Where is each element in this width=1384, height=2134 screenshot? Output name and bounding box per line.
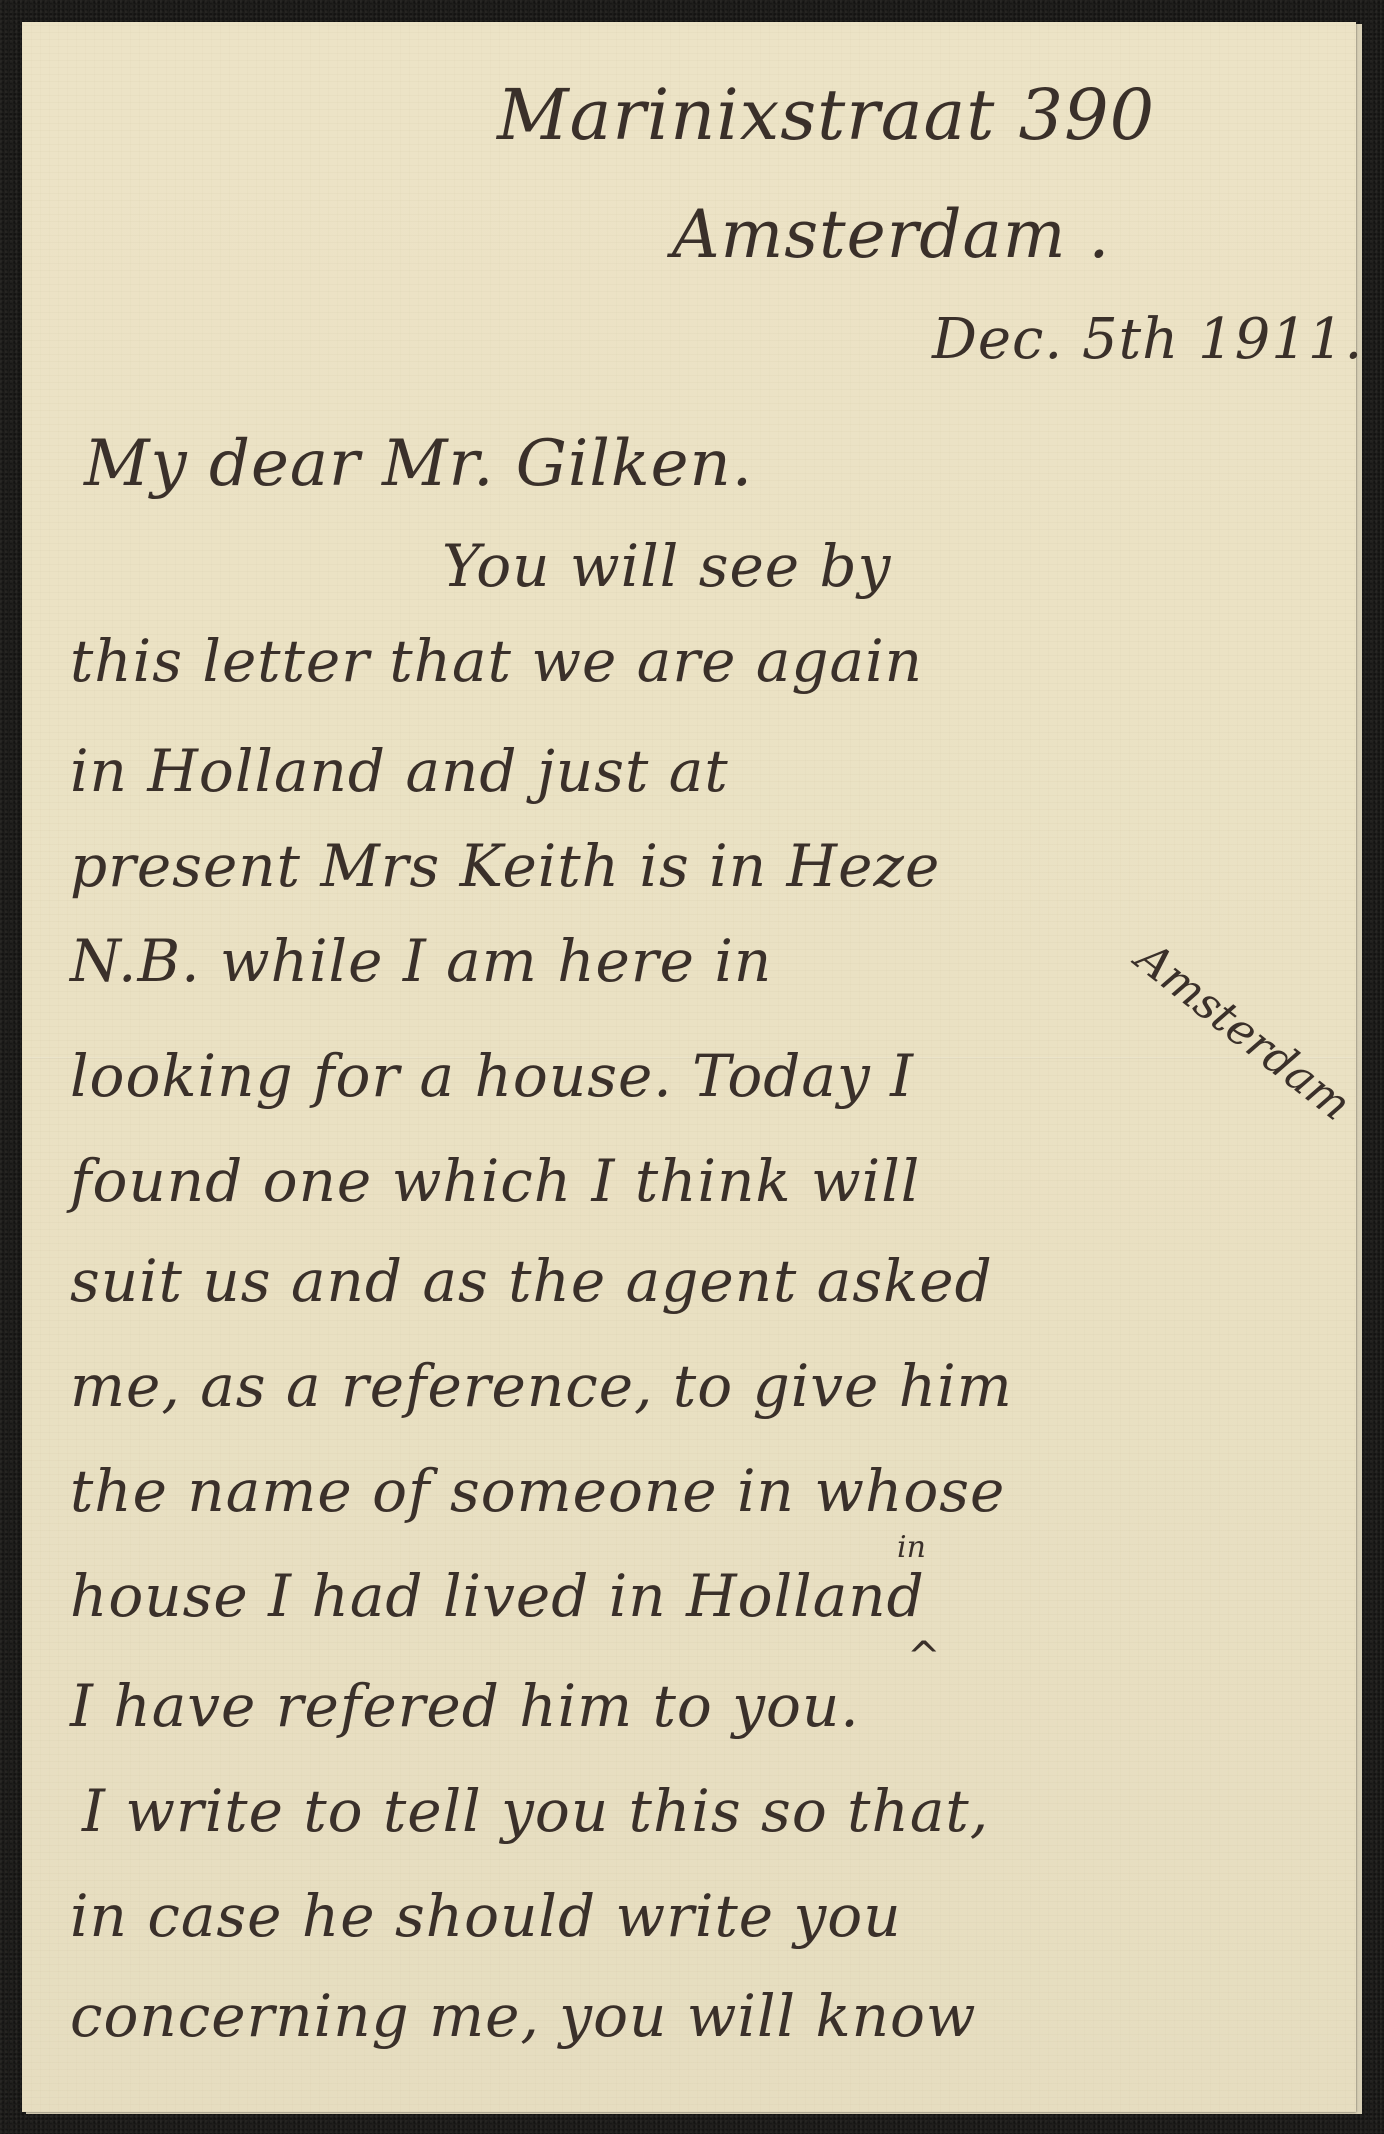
- body-line-14: in case he should write you: [70, 1887, 902, 1945]
- body-line-12: I have refered him to you.: [70, 1677, 860, 1735]
- body-line-5: N.B. while I am here in: [70, 932, 772, 990]
- letter-page: Marinixstraat 390 Amsterdam . Dec. 5th 1…: [22, 22, 1356, 2112]
- city-line: Amsterdam .: [672, 202, 1110, 268]
- body-line-8: suit us and as the agent asked: [70, 1252, 993, 1310]
- body-line-1: You will see by: [442, 537, 891, 595]
- interlinear-insertion: in: [897, 1530, 926, 1565]
- address-line: Marinixstraat 390: [497, 80, 1155, 150]
- body-line-11: house I had lived in Holland: [70, 1567, 925, 1625]
- body-line-13: I write to tell you this so that,: [82, 1782, 989, 1840]
- body-line-3: in Holland and just at: [70, 742, 729, 800]
- body-line-9: me, as a reference, to give him: [70, 1357, 1013, 1415]
- date-line: Dec. 5th 1911.: [932, 312, 1363, 368]
- body-line-10: the name of someone in whose: [70, 1462, 1005, 1520]
- salutation: My dear Mr. Gilken.: [84, 432, 753, 496]
- body-line-4: present Mrs Keith is in Heze: [70, 837, 940, 895]
- margin-continuation-amsterdam: Amsterdam: [1126, 932, 1360, 1130]
- body-line-7: found one which I think will: [70, 1152, 920, 1210]
- body-line-15: concerning me, you will know: [70, 1987, 977, 2045]
- insertion-caret-mark: ^: [907, 1634, 941, 1680]
- body-line-6: looking for a house. Today I: [70, 1047, 914, 1105]
- body-line-2: this letter that we are again: [70, 632, 923, 690]
